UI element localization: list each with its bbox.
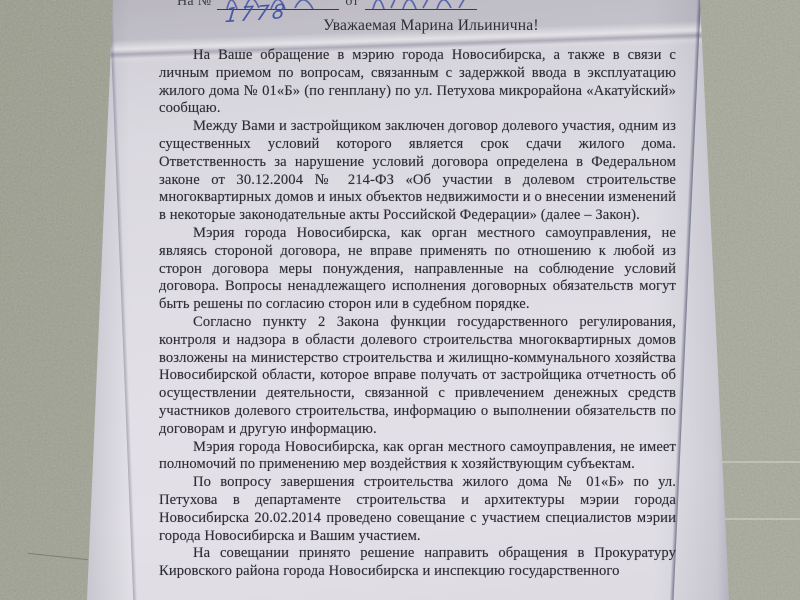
photo-of-letter: На №от 1778 Уважаемая Марина Ильинична! …: [0, 0, 800, 600]
salutation: Уважаемая Марина Ильинична!: [175, 17, 687, 35]
letter-paragraph: Мэрия города Новосибирска, как орган мес…: [159, 439, 676, 475]
letter-paragraph: Согласно пункту 2 Закона функции государ…: [159, 314, 676, 439]
letter-paragraph: Мэрия города Новосибирска, как орган мес…: [159, 225, 676, 314]
letter-paragraph: На совещании принято решение направить о…: [159, 545, 676, 581]
letter-body: На Ваше обращение в мэрию города Новосиб…: [159, 47, 676, 581]
handwritten-scribble-cut-off: [369, 0, 473, 10]
letter-paper: На №от 1778 Уважаемая Марина Ильинична! …: [85, 0, 730, 600]
letter-paragraph: Между Вами и застройщиком заключен догов…: [159, 118, 676, 225]
ot-date-label: от: [345, 0, 359, 10]
letter-paragraph: На Ваше обращение в мэрию города Новосиб…: [159, 47, 676, 118]
letter-paragraph: По вопросу завершения строительства жило…: [159, 474, 676, 545]
reference-number-line: На №от: [177, 0, 483, 13]
handwriting-tail-stroke: [563, 0, 613, 1]
na-number-label: На №: [177, 0, 211, 10]
reference-blank-line: [365, 0, 477, 10]
